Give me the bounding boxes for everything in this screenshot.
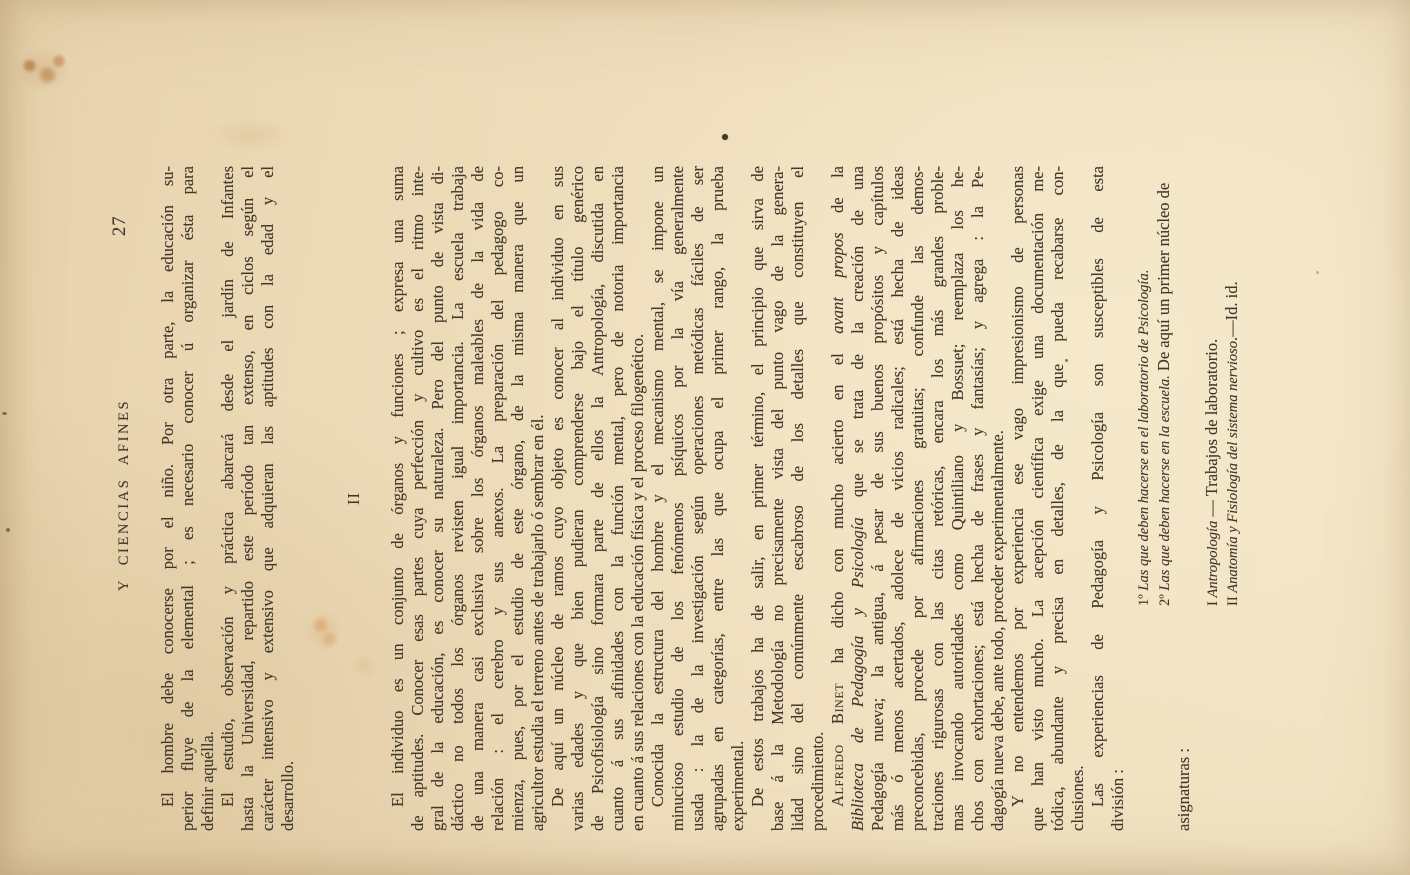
text-line: desarrollo.	[278, 166, 298, 831]
text-segment: dagogía nueva debe, ante todo, proceder …	[988, 430, 1007, 831]
text-line: definir aquélla.	[198, 166, 218, 831]
text-segment: relación : el cerebro y sus anexos. La p…	[488, 166, 507, 831]
text-segment: minucioso estudio de los fenómenos psíqu…	[668, 166, 687, 831]
text-segment: 1º	[1136, 591, 1152, 606]
text-line: minucioso estudio de los fenómenos psíqu…	[668, 166, 688, 831]
text-segment: base á la Metodología no precisamente vi…	[768, 166, 787, 831]
text-segment: agrupadas en categorías, entre las que o…	[708, 166, 727, 831]
text-segment: que han visto mucho. La acepción científ…	[1028, 166, 1047, 831]
text-segment: en cuanto á sus relaciones con la educac…	[628, 334, 647, 831]
text-line: asignaturas :	[1174, 166, 1194, 831]
text-line: gral de la educación, es conocer su natu…	[428, 166, 448, 831]
text-line: chos con exhortaciones; está hecha de fr…	[968, 166, 988, 831]
text-segment: mienza, pues, por el estudio de este órg…	[508, 166, 527, 831]
text-segment: gral de la educación, es conocer su natu…	[428, 166, 447, 831]
text-line: agricultor estudia el terreno antes de t…	[528, 166, 548, 831]
text-line: Las experiencias de Pedagogía y Psicolog…	[1088, 166, 1108, 831]
text-line: carácter intensivo y extensivo que adqui…	[258, 166, 278, 831]
text-segment: clusiones.	[1068, 765, 1087, 831]
text-line: De estos trabajos ha de salir, en primer…	[748, 166, 768, 831]
text-segment: de Psicofisiología sino formara parte de…	[588, 166, 607, 831]
text-line: lidad sino del comúnmente escabroso de l…	[788, 166, 808, 831]
text-segment: varias edades y que bien pudieran compre…	[568, 166, 587, 831]
text-segment: Alfredo Binet	[828, 683, 847, 807]
text-segment: .—Id. id.	[1222, 281, 1241, 341]
text-line: de una manera casi exclusiva sobre los ó…	[468, 166, 488, 831]
text-segment: de una manera casi exclusiva sobre los ó…	[468, 166, 487, 831]
text-line: 2º Las que deben hacerse en la escuela. …	[1154, 166, 1174, 831]
text-line: en cuanto á sus relaciones con la educac…	[628, 166, 648, 831]
text-line: procedimiento.	[808, 166, 828, 831]
running-title: Y CIENCIAS AFINES	[116, 399, 133, 591]
text-line: de Psicofisiología sino formara parte de…	[588, 166, 608, 831]
text-line: mas invocando autoridades como Quintilia…	[948, 166, 968, 831]
text-segment: usada : la de la investigación según ope…	[688, 166, 707, 831]
text-segment: carácter intensivo y extensivo que adqui…	[258, 166, 277, 831]
text-segment: Antropología	[1205, 521, 1221, 598]
text-segment: dáctico no todos los órganos revisten ig…	[448, 166, 467, 831]
text-line: traciones rigurosas con las citas retóri…	[928, 166, 948, 831]
text-segment: asignaturas :	[1174, 748, 1193, 831]
text-segment: El individuo es un conjunto de órganos y…	[388, 166, 407, 807]
text-line: clusiones.	[1068, 166, 1088, 831]
text-line: relación : el cerebro y sus anexos. La p…	[488, 166, 508, 831]
text-line: preconcebidas, procede por afirmaciones …	[908, 166, 928, 831]
text-segment: II	[1225, 593, 1241, 606]
text-line: hasta la Universidad, repartido este per…	[238, 166, 258, 831]
text-segment: Pedagogía nueva; la antigua, á pesar de …	[868, 166, 887, 831]
text-line: El hombre debe conocerse por el niño. Po…	[158, 166, 178, 831]
text-line: Pedagogía nueva; la antigua, á pesar de …	[868, 166, 888, 831]
text-segment: Biblioteca de Pedagogía y Psicología	[848, 517, 867, 831]
text-segment: perior fluye de la elemental ; es necesa…	[178, 166, 197, 831]
text-line: Y no entendemos por experiencia ese vago…	[1008, 166, 1028, 831]
text-line: agrupadas en categorías, entre las que o…	[708, 166, 728, 831]
text-line: De aquí un núcleo de ramos cuyo objeto e…	[548, 166, 568, 831]
text-segment: De aquí un núcleo de ramos cuyo objeto e…	[548, 166, 567, 807]
text-segment: mas invocando autoridades como Quintilia…	[948, 166, 967, 831]
text-line: Biblioteca de Pedagogía y Psicología que…	[848, 166, 868, 831]
text-segment: definir aquélla.	[198, 731, 217, 831]
text-segment: preconcebidas, procede por afirmaciones …	[908, 166, 927, 831]
section-heading: II	[344, 166, 364, 831]
text-line: dáctico no todos los órganos revisten ig…	[448, 166, 468, 831]
text-segment: 2º	[1157, 591, 1173, 606]
text-line: Alfredo Binet ha dicho con mucho acierto…	[828, 166, 848, 831]
text-segment: tódica, abundante y precisa en detalles,…	[1048, 166, 1067, 831]
text-segment: avant propos	[828, 232, 847, 333]
text-segment: — Trabajos de laboratorio.	[1202, 339, 1221, 521]
text-segment: hasta la Universidad, repartido este per…	[238, 166, 257, 831]
text-line: perior fluye de la elemental ; es necesa…	[178, 166, 198, 831]
text-line: II Anatomía y Fisiología del sistema ner…	[1222, 166, 1242, 831]
text-segment: II	[344, 492, 363, 505]
text-line: dagogía nueva debe, ante todo, proceder …	[988, 166, 1008, 831]
text-segment: Las experiencias de Pedagogía y Psicolog…	[1088, 166, 1107, 807]
text-segment: división :	[1108, 769, 1127, 831]
text-line: división :	[1108, 166, 1128, 831]
text-segment: agricultor estudia el terreno antes de t…	[528, 415, 547, 831]
text-line: Conocida la estructura del hombre y el m…	[648, 166, 668, 831]
text-segment: El hombre debe conocerse por el niño. Po…	[158, 166, 177, 807]
text-segment: De estos trabajos ha de salir, en primer…	[748, 166, 767, 807]
text-segment: Anatomía y Fisiología del sistema nervio…	[1225, 341, 1241, 593]
text-segment: Conocida la estructura del hombre y el m…	[648, 166, 667, 807]
text-segment: Y no entendemos por experiencia ese vago…	[1008, 166, 1027, 807]
text-line: varias edades y que bien pudieran compre…	[568, 166, 588, 831]
text-segment: El estudio, observación y práctica abarc…	[218, 166, 237, 807]
text-segment: ha dicho con mucho acierto en el	[828, 334, 847, 683]
text-segment: lidad sino del comúnmente escabroso de l…	[788, 166, 807, 831]
text-line: cuanto á sus afinidades con la función m…	[608, 166, 628, 831]
text-segment: desarrollo.	[278, 761, 297, 831]
text-line: 1º Las que deben hacerse en el laborator…	[1134, 166, 1154, 831]
text-segment: de la	[828, 166, 847, 232]
text-segment: Las que deben hacerse en la escuela.	[1157, 375, 1173, 590]
text-segment: cuanto á sus afinidades con la función m…	[608, 166, 627, 831]
text-line: experimental.	[728, 166, 748, 831]
text-segment: experimental.	[728, 741, 747, 831]
text-line: base á la Metodología no precisamente vi…	[768, 166, 788, 831]
text-segment: que se trata de la creación de una	[848, 166, 867, 517]
page-number: 27	[110, 216, 131, 237]
scanned-book-page: Y CIENCIAS AFINES 27 El hombre debe cono…	[0, 0, 1410, 875]
text-line: El individuo es un conjunto de órganos y…	[388, 166, 408, 831]
text-segment: traciones rigurosas con las citas retóri…	[928, 166, 947, 831]
text-segment: de aptitudes. Conocer esas partes cuya p…	[408, 166, 427, 831]
text-line: tódica, abundante y precisa en detalles,…	[1048, 166, 1068, 831]
text-line: más ó menos acertados, adolece de vicios…	[888, 166, 908, 831]
text-segment: más ó menos acertados, adolece de vicios…	[888, 166, 907, 831]
text-line: usada : la de la investigación según ope…	[688, 166, 708, 831]
page-body: El hombre debe conocerse por el niño. Po…	[158, 166, 1242, 831]
text-segment: procedimiento.	[808, 732, 827, 831]
text-segment: I	[1205, 598, 1221, 606]
text-line: de aptitudes. Conocer esas partes cuya p…	[408, 166, 428, 831]
text-line: El estudio, observación y práctica abarc…	[218, 166, 238, 831]
text-segment: De aquí un primer núcleo de	[1154, 183, 1173, 375]
text-segment: Las que deben hacerse en el laboratorio …	[1136, 270, 1152, 591]
text-line: I Antropología — Trabajos de laboratorio…	[1202, 166, 1222, 831]
text-line: mienza, pues, por el estudio de este órg…	[508, 166, 528, 831]
text-line: que han visto mucho. La acepción científ…	[1028, 166, 1048, 831]
text-segment: chos con exhortaciones; está hecha de fr…	[968, 166, 987, 831]
rotated-page-content: Y CIENCIAS AFINES 27 El hombre debe cono…	[0, 0, 1410, 875]
